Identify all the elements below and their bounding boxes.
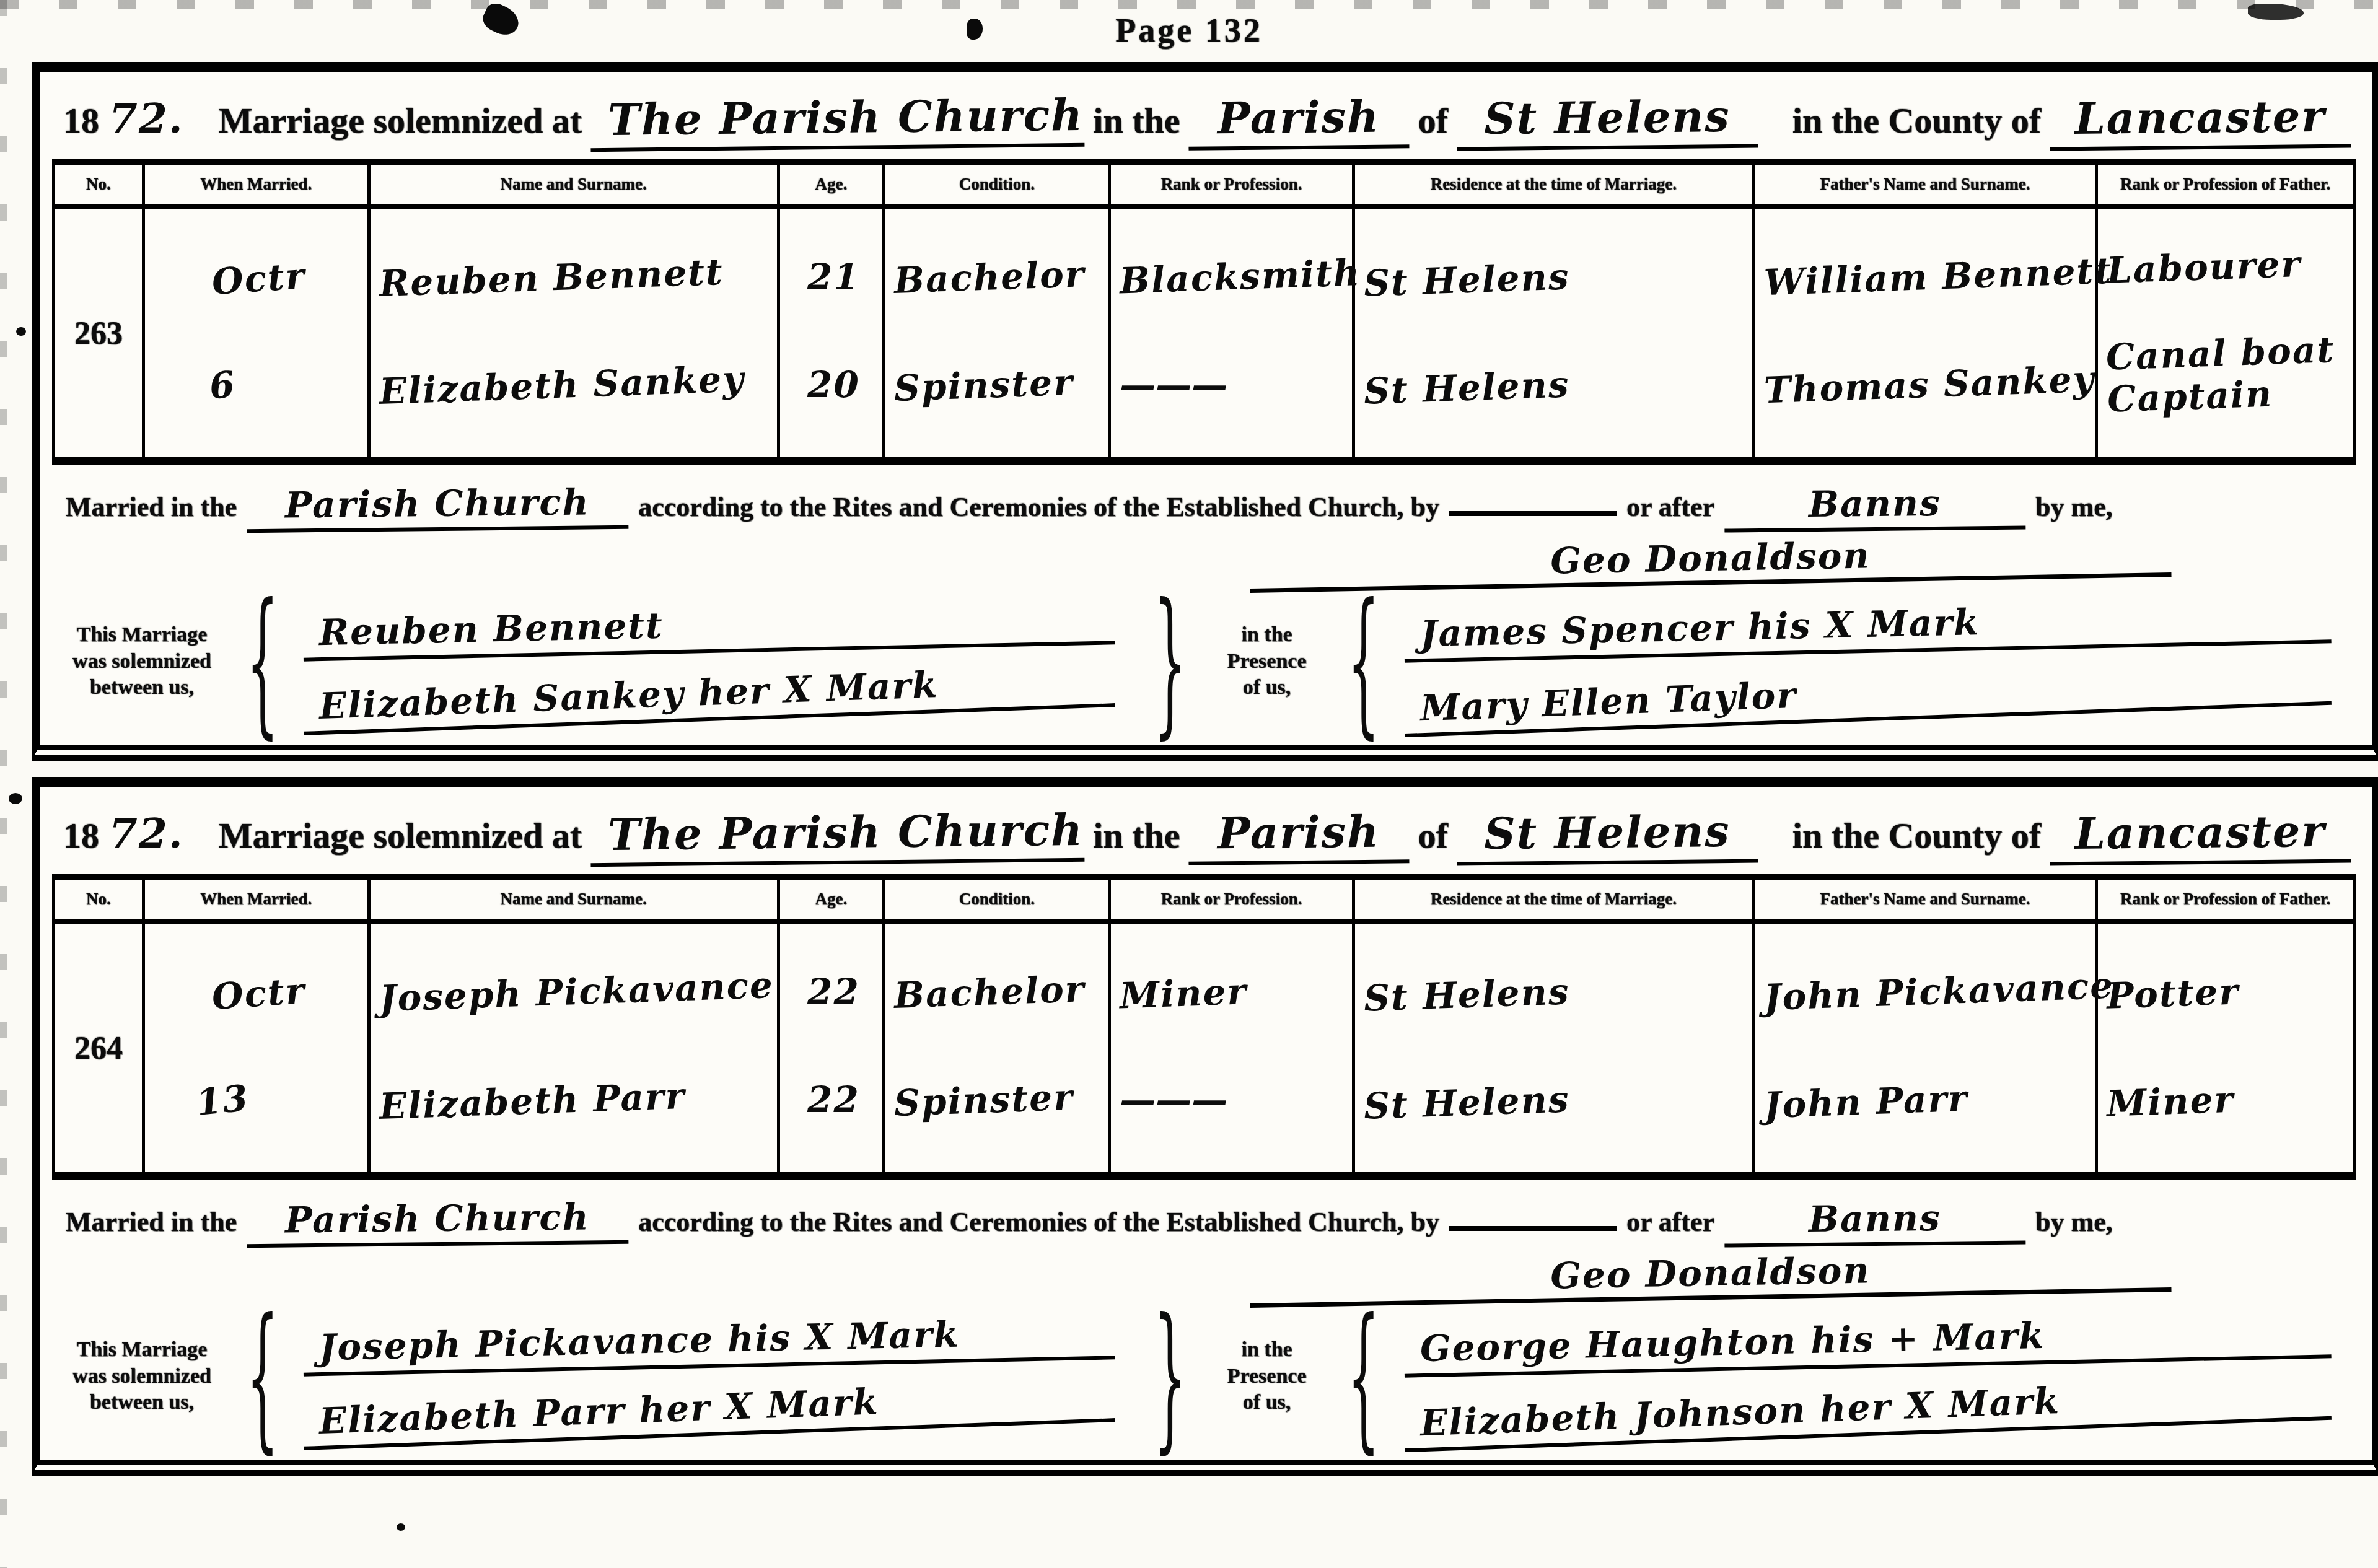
this-marriage-line2: was solemnized (52, 1364, 232, 1390)
officiant-signature: Geo Donaldson (1550, 535, 1871, 582)
bride-condition: Spinster (893, 360, 1105, 410)
parish-name-script: St Helens (1456, 805, 1758, 865)
bride-residence: St Helens (1363, 1072, 1749, 1128)
table-header-row: No. When Married. Name and Surname. Age.… (54, 877, 2354, 922)
presence-line3: of us, (1205, 1390, 1329, 1416)
church-name-script: The Parish Church (590, 89, 1085, 152)
bride-father-name: Thomas Sankey (1763, 358, 2092, 411)
rites-label: according to the Rites and Ceremonies of… (638, 491, 1439, 523)
bride-father-profession: Miner (2106, 1074, 2349, 1125)
year-printed: 18 (63, 815, 99, 856)
in-the-label: in the (1093, 815, 1180, 856)
register-table: No. When Married. Name and Surname. Age.… (52, 159, 2356, 465)
register-table: No. When Married. Name and Surname. Age.… (52, 874, 2356, 1180)
year-script: 72. (109, 94, 184, 142)
of-label: of (1418, 100, 1447, 141)
groom-father-name: William Bennett (1763, 250, 2092, 304)
presence-line1: in the (1205, 1337, 1329, 1364)
officiant-signature: Geo Donaldson (1550, 1250, 1871, 1297)
county-name-script: Lancaster (2050, 805, 2351, 865)
col-header-condition: Condition. (884, 162, 1110, 207)
county-of-label: in the County of (1792, 100, 2041, 141)
presence-label: in the Presence of us, (1205, 1337, 1329, 1416)
or-after-label: or after (1626, 1206, 1714, 1238)
brace-open: { (1347, 1298, 1379, 1456)
register-header: 1872. Marriage solemnized at The Parish … (52, 798, 2356, 870)
page-number-heading: Page 132 (0, 11, 2378, 50)
witness-signatures: James Spencer his X Mark Mary Ellen Tayl… (1394, 593, 2356, 730)
groom-residence: St Helens (1363, 249, 1749, 305)
scan-edge-noise (0, 0, 7, 1568)
of-label: of (1418, 815, 1447, 856)
brace-open: { (246, 1298, 278, 1456)
bride-signature: Elizabeth Sankey her X Mark (302, 657, 1115, 735)
or-after-label: or after (1626, 491, 1714, 523)
presence-line1: in the (1205, 622, 1329, 649)
register-header: 1872. Marriage solemnized at The Parish … (52, 83, 2356, 155)
county-of-label: in the County of (1792, 815, 2041, 856)
col-header-father-profession: Rank or Profession of Father. (2097, 162, 2354, 207)
married-in-label: Married in the (66, 491, 237, 523)
col-header-name: Name and Surname. (369, 162, 778, 207)
bride-father-profession: Canal boat Captain (2105, 328, 2350, 421)
groom-signature: Reuben Bennett (303, 595, 1115, 661)
when-married-day: 6 (208, 363, 238, 408)
table-data-row: 264 Octr 13 Joseph Pickavance Elizabeth … (54, 922, 2354, 1176)
marriage-record-264: 1872. Marriage solemnized at The Parish … (32, 777, 2378, 1476)
presence-line2: Presence (1205, 1364, 1329, 1390)
col-header-residence: Residence at the time of Marriage. (1353, 162, 1753, 207)
when-married-month: Octr (210, 970, 307, 1018)
couple-signatures: Joseph Pickavance his X Mark Elizabeth P… (293, 1308, 1139, 1445)
groom-signature: Joseph Pickavance his X Mark (303, 1310, 1115, 1376)
county-name-script: Lancaster (2050, 90, 2351, 151)
banns-script: Banns (1724, 1196, 2026, 1247)
solemnized-at-label: Marriage solemnized at (219, 100, 582, 141)
col-header-profession: Rank or Profession. (1110, 162, 1354, 207)
married-in-church-script: Parish Church (247, 481, 629, 533)
when-married-month: Octr (210, 255, 307, 303)
col-header-profession: Rank or Profession. (1110, 877, 1354, 922)
church-name-script: The Parish Church (590, 804, 1085, 867)
bride-name: Elizabeth Sankey (379, 357, 774, 413)
presence-label: in the Presence of us, (1205, 622, 1329, 701)
bride-signature: Elizabeth Parr her X Mark (302, 1372, 1115, 1450)
groom-father-profession: Potter (2106, 966, 2349, 1017)
col-header-father-name: Father's Name and Surname. (1753, 162, 2096, 207)
col-header-no: No. (54, 877, 144, 922)
married-in-label: Married in the (66, 1206, 237, 1238)
col-header-when-married: When Married. (143, 162, 369, 207)
scan-edge-noise (0, 0, 2378, 9)
year-script: 72. (109, 809, 184, 857)
blank-line (1449, 1220, 1617, 1231)
bride-age: 20 (807, 364, 860, 406)
bride-profession: ——— (1120, 364, 1348, 406)
in-the-label: in the (1093, 100, 1180, 141)
year-printed: 18 (63, 100, 99, 141)
col-header-name: Name and Surname. (369, 877, 778, 922)
solemnized-at-label: Marriage solemnized at (219, 815, 582, 856)
col-header-age: Age. (778, 877, 884, 922)
table-data-row: 263 Octr 6 Reuben Bennett Elizabeth Sank… (54, 207, 2354, 462)
brace-close: } (1154, 1298, 1187, 1456)
marriage-record-263: 1872. Marriage solemnized at The Parish … (32, 62, 2378, 761)
when-married-day: 13 (195, 1077, 251, 1124)
this-marriage-line3: between us, (52, 1390, 232, 1416)
parish-word-script: Parish (1188, 805, 1410, 865)
witness2-signature: Elizabeth Johnson her X Mark (1403, 1370, 2332, 1452)
presence-line3: of us, (1205, 675, 1329, 701)
signature-block: This Marriage was solemnized between us,… (52, 1308, 2356, 1445)
col-header-father-profession: Rank or Profession of Father. (2097, 877, 2354, 922)
groom-name: Reuben Bennett (379, 249, 774, 305)
this-marriage-label: This Marriage was solemnized between us, (52, 622, 232, 701)
officiant-signature-line: Geo Donaldson (1250, 529, 2172, 593)
this-marriage-line1: This Marriage (52, 622, 232, 649)
col-header-condition: Condition. (884, 877, 1110, 922)
groom-condition: Bachelor (893, 252, 1105, 302)
married-in-line: Married in the Parish Church according t… (52, 1198, 2356, 1246)
witness2-signature: Mary Ellen Taylor (1403, 655, 2332, 737)
this-marriage-line1: This Marriage (52, 1337, 232, 1364)
groom-father-profession: Labourer (2106, 241, 2349, 292)
by-me-label: by me, (2035, 491, 2113, 523)
groom-profession: Blacksmith (1119, 252, 1349, 302)
record-number: 264 (55, 924, 142, 1172)
scan-artifact (9, 793, 22, 804)
bride-age: 22 (807, 1079, 860, 1121)
parish-word-script: Parish (1188, 90, 1410, 151)
groom-profession: Miner (1119, 967, 1349, 1017)
brace-open: { (1347, 583, 1379, 741)
this-marriage-line3: between us, (52, 675, 232, 701)
parish-name-script: St Helens (1456, 90, 1758, 151)
witness1-signature: George Haughton his + Mark (1403, 1308, 2331, 1377)
groom-age: 21 (807, 256, 860, 298)
this-marriage-line2: was solemnized (52, 649, 232, 675)
brace-open: { (246, 583, 278, 741)
blank-line (1449, 505, 1617, 516)
table-header-row: No. When Married. Name and Surname. Age.… (54, 162, 2354, 207)
col-header-father-name: Father's Name and Surname. (1753, 877, 2096, 922)
rites-label: according to the Rites and Ceremonies of… (638, 1206, 1439, 1238)
bride-profession: ——— (1120, 1079, 1348, 1121)
groom-name: Joseph Pickavance (379, 964, 774, 1020)
bride-name: Elizabeth Parr (379, 1072, 774, 1128)
col-header-age: Age. (778, 162, 884, 207)
groom-residence: St Helens (1363, 964, 1749, 1020)
groom-condition: Bachelor (893, 967, 1105, 1017)
by-me-label: by me, (2035, 1206, 2113, 1238)
officiant-signature-line: Geo Donaldson (1250, 1244, 2172, 1308)
witness-signatures: George Haughton his + Mark Elizabeth Joh… (1394, 1308, 2356, 1445)
bride-father-name: John Parr (1763, 1073, 2092, 1126)
groom-age: 22 (807, 971, 860, 1013)
brace-close: } (1154, 583, 1187, 741)
presence-line2: Presence (1205, 649, 1329, 675)
bride-residence: St Helens (1363, 357, 1749, 413)
col-header-no: No. (54, 162, 144, 207)
signature-block: This Marriage was solemnized between us,… (52, 593, 2356, 730)
banns-script: Banns (1724, 481, 2026, 532)
scan-artifact (16, 327, 26, 336)
col-header-when-married: When Married. (143, 877, 369, 922)
col-header-residence: Residence at the time of Marriage. (1353, 877, 1753, 922)
married-in-church-script: Parish Church (247, 1196, 629, 1248)
groom-father-name: John Pickavance (1763, 965, 2092, 1018)
couple-signatures: Reuben Bennett Elizabeth Sankey her X Ma… (293, 593, 1139, 730)
record-number: 263 (55, 209, 142, 457)
married-in-line: Married in the Parish Church according t… (52, 483, 2356, 531)
this-marriage-label: This Marriage was solemnized between us, (52, 1337, 232, 1416)
register-page: Page 132 1872. Marriage solemnized at Th… (0, 0, 2378, 1568)
bride-condition: Spinster (893, 1075, 1105, 1124)
scan-artifact (397, 1523, 405, 1531)
witness1-signature: James Spencer his X Mark (1403, 593, 2331, 662)
